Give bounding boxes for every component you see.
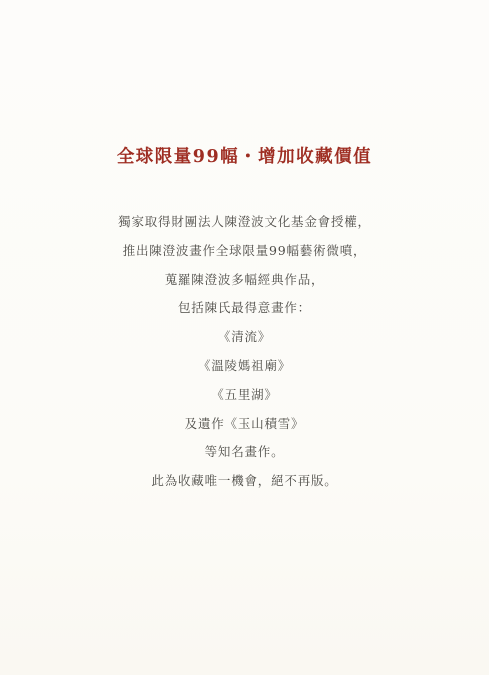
body-line-artwork: 《五里湖》 [0, 381, 489, 410]
body-line: 蒐羅陳澄波多幅經典作品， [0, 266, 489, 295]
document-page: 全球限量99幅・增加收藏價值 獨家取得財團法人陳澄波文化基金會授權， 推出陳澄波… [0, 0, 489, 675]
body-line: 推出陳澄波畫作全球限量99幅藝術微噴， [0, 237, 489, 266]
body-text-block: 獨家取得財團法人陳澄波文化基金會授權， 推出陳澄波畫作全球限量99幅藝術微噴， … [0, 208, 489, 496]
page-title: 全球限量99幅・增加收藏價值 [0, 143, 489, 168]
body-line: 此為收藏唯一機會，絕不再版。 [0, 467, 489, 496]
body-line: 包括陳氏最得意畫作： [0, 294, 489, 323]
body-line-artwork: 《清流》 [0, 323, 489, 352]
body-line-artwork: 《溫陵媽祖廟》 [0, 352, 489, 381]
body-line-artwork: 及遺作《玉山積雪》 [0, 410, 489, 439]
body-line: 等知名畫作。 [0, 438, 489, 467]
body-line: 獨家取得財團法人陳澄波文化基金會授權， [0, 208, 489, 237]
